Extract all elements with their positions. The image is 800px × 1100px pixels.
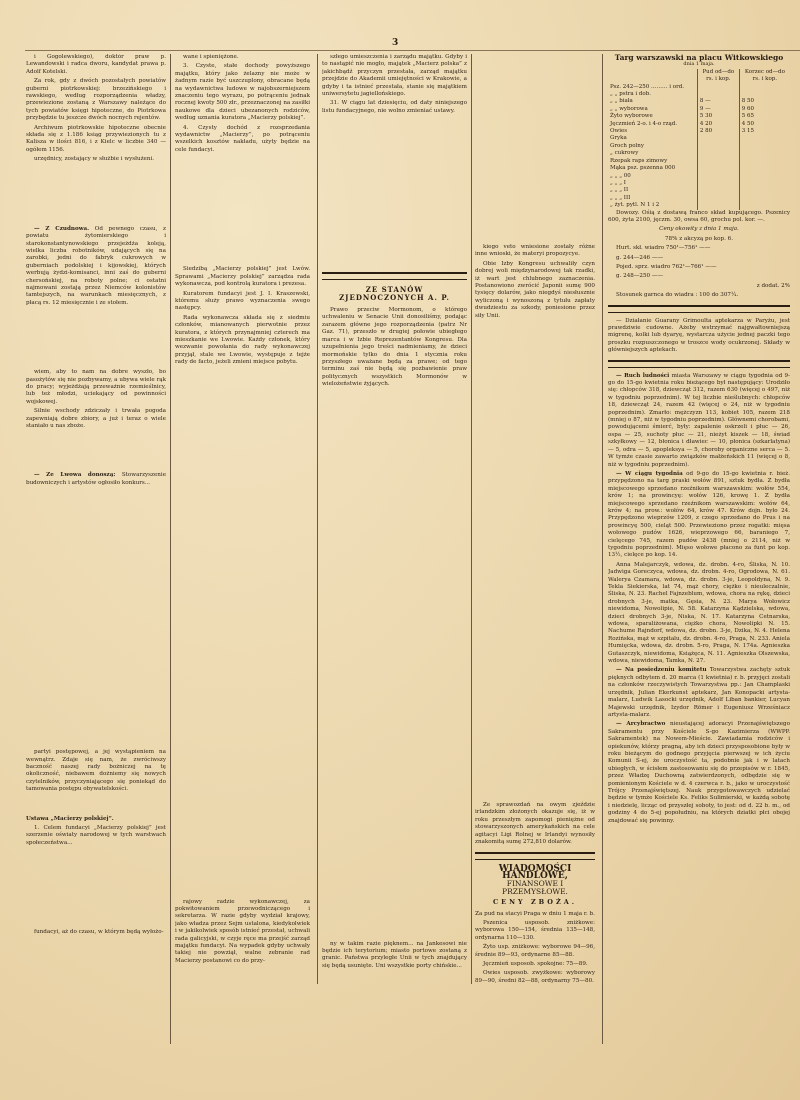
guarana-advertisement: — Działanie Guarany Grimoulta aptekarza … <box>608 318 790 355</box>
table-header: Pud od—do Korzec od—do <box>608 69 790 76</box>
spirits-sub: 78% z akcyzą po kop. 6. <box>608 236 790 243</box>
spirits-row: g. 248—250 —— <box>608 273 790 280</box>
article-paragraph: Prawo przeciw Mormonom, o którego uchwal… <box>322 307 467 388</box>
article-paragraph: wane i spieniężone. <box>175 54 310 61</box>
market-date: dnia 1 maja. <box>608 61 790 68</box>
article-paragraph: Ze sprawozdań na owym zjeździe irlandzki… <box>475 802 595 846</box>
table-row: Gryka <box>608 135 790 142</box>
price-line: Jęczmień usposob. spokojne: 75—89. <box>475 961 595 968</box>
section-divider <box>608 360 790 368</box>
article-paragraph: Siedzibą „Macierzy polskiej” jest Lwów. … <box>175 266 310 288</box>
article-paragraph: rajowy radzie wykonawczej, za pokwitowan… <box>175 899 310 966</box>
article-paragraph: Obie Izby Kongresu uchwaliły czyn dobrej… <box>475 261 595 320</box>
spirits-row: g. 244—246 —— <box>608 255 790 262</box>
article-paragraph: fundacyi, aż do czasu, w którym będą wył… <box>26 929 166 936</box>
article-paragraph: 31. W ciągu lat dziesięciu, od daty nini… <box>322 100 467 115</box>
article-paragraph: kiego veto wniesione zostały różne inne … <box>475 244 595 259</box>
article-paragraph: Rada wykonawcza składa się z siedmiu czł… <box>175 315 310 367</box>
table-row: Mąka psz. pszenna 000 <box>608 165 790 172</box>
column-1: i Gogolewskiego), doktór praw p. Lewando… <box>26 54 166 1044</box>
poor-list: Anna Malejarczyk, wdowa, dz. drobn. 4-ro… <box>608 562 790 666</box>
section-title: ZE STANÓW ZJEDNOCZONYCH A. P. <box>322 286 467 301</box>
show-through-area <box>26 166 166 226</box>
article-lead: — Z Czudnowa. <box>34 226 89 232</box>
table-row: Psz. 242—250 ……… i ord. <box>608 84 790 91</box>
prices-intro: Za pud na stacyi Praga w dniu 1 maja r. … <box>475 911 595 918</box>
price-line: Żyto usp. zniżkowe: wyborowe 94—96, śred… <box>475 944 595 959</box>
spirits-row: Pojed. sprz. wiadro 762¹—766¹ —— <box>608 264 790 271</box>
article-paragraph: urzędnicy, zostający w służbie i wysłuże… <box>26 156 166 163</box>
commerce-headline: WIADOMOŚCI HANDLOWE, <box>475 866 595 881</box>
column-5: Targ warszawski na placu Witkowskiego dn… <box>608 54 790 1044</box>
table-row: Jęczmień 2-o. i 4-o rząd.4 204 50 <box>608 121 790 128</box>
article-paragraph: Silnie wschody zdziczały i trwała pogoda… <box>26 408 166 430</box>
market-price-table: Pud od—do Korzec od—do rs. i kop. rs. i … <box>608 69 790 210</box>
article-paragraph: 4. Czysty dochód z rozsprzedania wydawni… <box>175 125 310 155</box>
article-paragraph: szłego umieszczenia i zarządu majątku. G… <box>322 54 467 98</box>
ustawa-heading: Ustawa „Macierzy polskiej”. <box>26 816 166 823</box>
table-row: „ żyt. pytl. N 1 i 2 <box>608 202 790 209</box>
column-3: szłego umieszczenia i zarządu majątku. G… <box>322 54 467 984</box>
column-2: wane i spieniężone. 3. Czyste, stałe doc… <box>175 54 310 984</box>
article-lead: — Ze Lwowa donoszą: <box>34 472 115 478</box>
column-divider <box>170 54 171 1044</box>
table-row: „ „ „ 00 <box>608 173 790 180</box>
article-paragraph: ny w takim razie pięknem... na Jankesowi… <box>322 941 467 971</box>
article-paragraph: partyi postępowej, a jej wystąpieniem na… <box>26 749 166 793</box>
commerce-subheadline: FINANSOWE I PRZEMYSŁOWE. <box>475 880 595 895</box>
article-paragraph: 3. Czyste, stałe dochody powyższego mają… <box>175 63 310 122</box>
header-rule <box>25 50 800 51</box>
grain-prices-title: CENY ZBOŻA. <box>475 899 595 906</box>
article-paragraph: Archiwum piotrkowskie hipoteczne obecnie… <box>26 125 166 155</box>
table-row: Żyto wyborowe5 305 65 <box>608 113 790 120</box>
table-row: „ „ „ I <box>608 180 790 187</box>
population-article: — Ruch ludności miasta Warszawy w ciągu … <box>608 373 790 469</box>
price-line: Owies usposob. zwyżkowe: wyborowy 89—90,… <box>475 970 595 984</box>
spirits-ratio: Stosunek garnca do wiadra : 100 do 307¼. <box>608 292 790 299</box>
section-divider <box>608 305 790 313</box>
spirits-note: z dodat. 2% <box>608 283 790 290</box>
article-paragraph: Kuratorem fundacyi jest J. I. Kraszewski… <box>175 291 310 313</box>
table-header: rs. i kop. rs. i kop. <box>608 76 790 83</box>
spirits-row: Hurt. skł. wiadro 750¹—756¹ —— <box>608 245 790 252</box>
column-4: kiego veto wniesione zostały różne inne … <box>475 54 595 984</box>
table-row: „ cukrowy <box>608 150 790 157</box>
lwow-article: — Ze Lwowa donoszą: Stowarzyszenie budow… <box>26 472 166 487</box>
table-row: Rzepak raps zimowy <box>608 158 790 165</box>
article-paragraph: 1. Celem fundacyi „Macierzy polskiej” je… <box>26 825 166 847</box>
cattle-article: — W ciągu tygodnia od 9-go do 15-go kwie… <box>608 471 790 560</box>
confraternity-article: — Arcybractwo nieustającej adoracyi Prze… <box>608 721 790 825</box>
table-row: „ „ pstra i dob. <box>608 91 790 98</box>
column-divider <box>602 54 603 1044</box>
table-row: Groch polny <box>608 143 790 150</box>
table-row: Owies2 803 15 <box>608 128 790 135</box>
czudnow-article: — Z Czudnowa. Od pewnego czasu, z powiat… <box>26 226 166 307</box>
page-number: 3 <box>392 38 398 48</box>
table-row: „ „ biała8 —8 50 <box>608 98 790 105</box>
price-line: Pszenica usposob. zniżkowe: wyborowa 150… <box>475 920 595 942</box>
column-divider <box>317 54 318 984</box>
column-divider <box>471 54 472 984</box>
section-divider <box>475 852 595 860</box>
table-row: „ „ „ III <box>608 195 790 202</box>
article-paragraph: wiem, aby to nam na dobre wyszło, bo pas… <box>26 369 166 406</box>
section-divider <box>322 272 467 280</box>
spirits-title: Ceny okowity z dnia 1 maja. <box>608 226 790 233</box>
market-title: Targ warszawski na placu Witkowskiego <box>608 54 790 61</box>
article-paragraph: i Gogolewskiego), doktór praw p. Lewando… <box>26 54 166 76</box>
table-row: „ „ „ II <box>608 187 790 194</box>
market-delivery: Dowozy. Ośią z dostawą franco skład kupu… <box>608 210 790 225</box>
society-article: — Na posiedzeniu komitetu Towarzystwa za… <box>608 667 790 719</box>
article-paragraph: Za rok, gdy z dwóch pozostałych powiatów… <box>26 78 166 122</box>
